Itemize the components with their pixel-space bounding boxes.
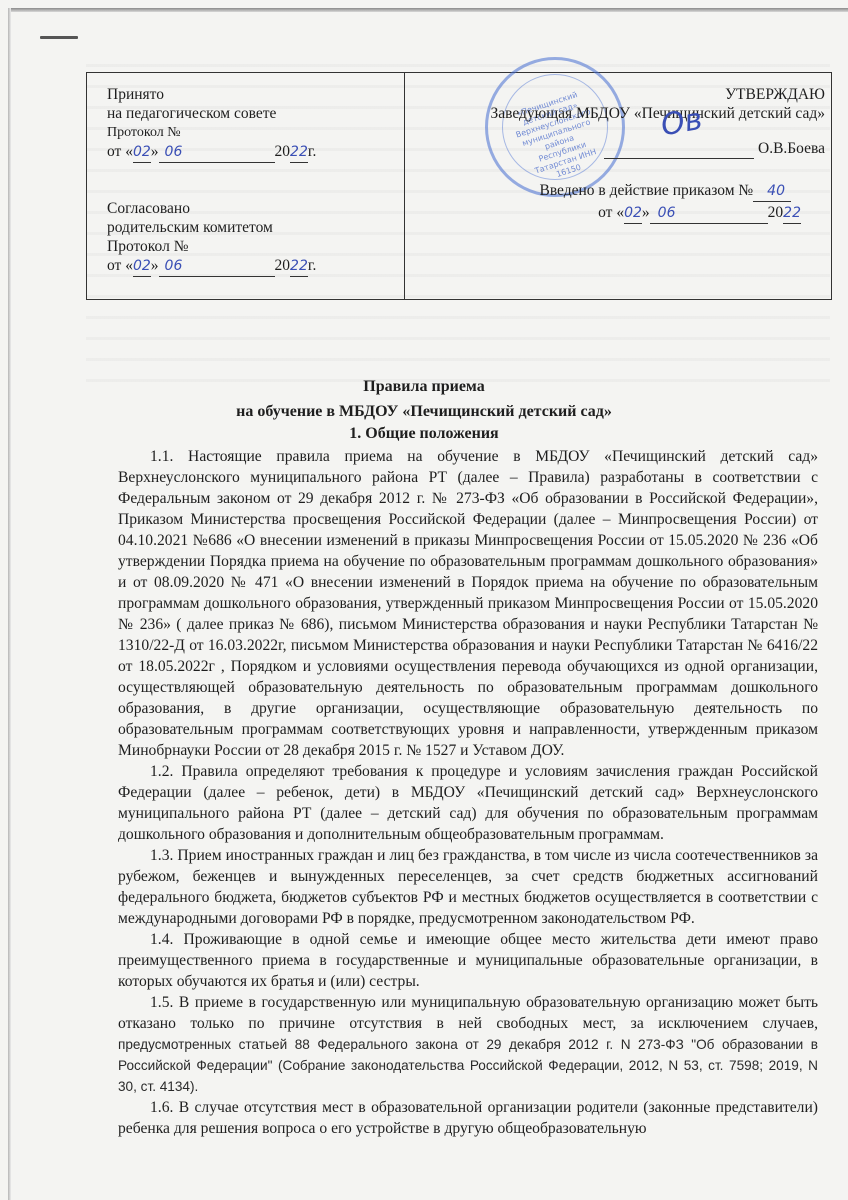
year-prefix: 20 bbox=[275, 257, 291, 274]
date-mid: » bbox=[151, 143, 159, 160]
year-end: г. bbox=[308, 143, 316, 160]
head-title: Заведующая МБДОУ «Печищинский детский са… bbox=[490, 104, 825, 123]
paragraph-1-3: 1.3. Прием иностранных граждан и лиц без… bbox=[118, 845, 818, 929]
approve-label: УТВЕРЖДАЮ bbox=[725, 85, 825, 104]
document-title: Правила приема bbox=[0, 378, 848, 396]
year-prefix: 20 bbox=[768, 204, 784, 221]
agreed-date: от «02»062022г. bbox=[107, 256, 404, 277]
accepted-label: Принято bbox=[107, 85, 404, 104]
scan-mark bbox=[40, 36, 78, 39]
accepted-protocol: Протокол № bbox=[107, 123, 404, 142]
section-heading: 1. Общие положения bbox=[0, 425, 848, 443]
accepted-date: от «02»062022г. bbox=[107, 142, 404, 163]
approval-header-table: Принято на педагогическом совете Протоко… bbox=[86, 72, 832, 300]
paragraph-1-2: 1.2. Правила определяют требования к про… bbox=[118, 761, 818, 845]
date-mid: » bbox=[642, 204, 650, 221]
paragraph-1-1: 1.1. Настоящие правила приема на обучени… bbox=[118, 446, 818, 761]
agreed-body: родительским комитетом bbox=[107, 218, 404, 237]
handwritten-year: 22 bbox=[290, 143, 308, 163]
handwritten-day: 02 bbox=[624, 204, 642, 224]
date-prefix: от « bbox=[107, 143, 133, 160]
paragraph-1-5-part1: 1.5. В приеме в государственную или муни… bbox=[118, 994, 818, 1032]
year-prefix: 20 bbox=[275, 143, 291, 160]
paragraph-1-4: 1.4. Проживающие в одной семье и имеющие… bbox=[118, 929, 818, 992]
paragraph-1-5-part2: предусмотренных статьей 88 Федерального … bbox=[118, 1037, 818, 1073]
agreed-label: Согласовано bbox=[107, 199, 404, 218]
paragraph-1-5: 1.5. В приеме в государственную или муни… bbox=[118, 992, 818, 1097]
document-subtitle: на обучение в МБДОУ «Печищинский детский… bbox=[0, 403, 848, 421]
signature-line: О.В.Боева bbox=[604, 139, 825, 159]
year-end: г. bbox=[308, 257, 316, 274]
signer-name: О.В.Боева bbox=[758, 140, 825, 157]
scan-page-edge-left bbox=[8, 8, 11, 1200]
handwritten-order-number: 40 bbox=[753, 182, 791, 202]
document-body: 1.1. Настоящие правила приема на обучени… bbox=[118, 446, 818, 1139]
order-date-line: от «02»062022 bbox=[598, 203, 801, 224]
date-prefix: от « bbox=[107, 257, 133, 274]
paragraph-1-6: 1.6. В случае отсутствия мест в образова… bbox=[118, 1097, 818, 1139]
date-prefix: от « bbox=[598, 204, 624, 221]
approval-left-cell: Принято на педагогическом совете Протоко… bbox=[87, 73, 405, 299]
official-stamp: «Печищинский детский сад» Верхнеуслонско… bbox=[485, 57, 625, 197]
handwritten-year: 22 bbox=[783, 204, 801, 224]
handwritten-day: 02 bbox=[133, 257, 151, 277]
handwritten-month: 06 bbox=[159, 257, 275, 277]
handwritten-day: 02 bbox=[133, 143, 151, 163]
order-number-line: Введено в действие приказом №40 bbox=[539, 181, 791, 202]
order-prefix: Введено в действие приказом № bbox=[539, 182, 753, 199]
date-mid: » bbox=[151, 257, 159, 274]
handwritten-year: 22 bbox=[290, 257, 308, 277]
stamp-text: «Печищинский детский сад» Верхнеуслонско… bbox=[508, 88, 609, 189]
accepted-body: на педагогическом совете bbox=[107, 104, 404, 123]
signature-mark: Ов bbox=[660, 110, 704, 136]
agreed-protocol: Протокол № bbox=[107, 237, 404, 256]
approval-right-cell: «Печищинский детский сад» Верхнеуслонско… bbox=[405, 73, 831, 299]
handwritten-month: 06 bbox=[159, 143, 275, 163]
handwritten-month: 06 bbox=[650, 204, 768, 224]
scan-page-edge bbox=[8, 8, 848, 12]
